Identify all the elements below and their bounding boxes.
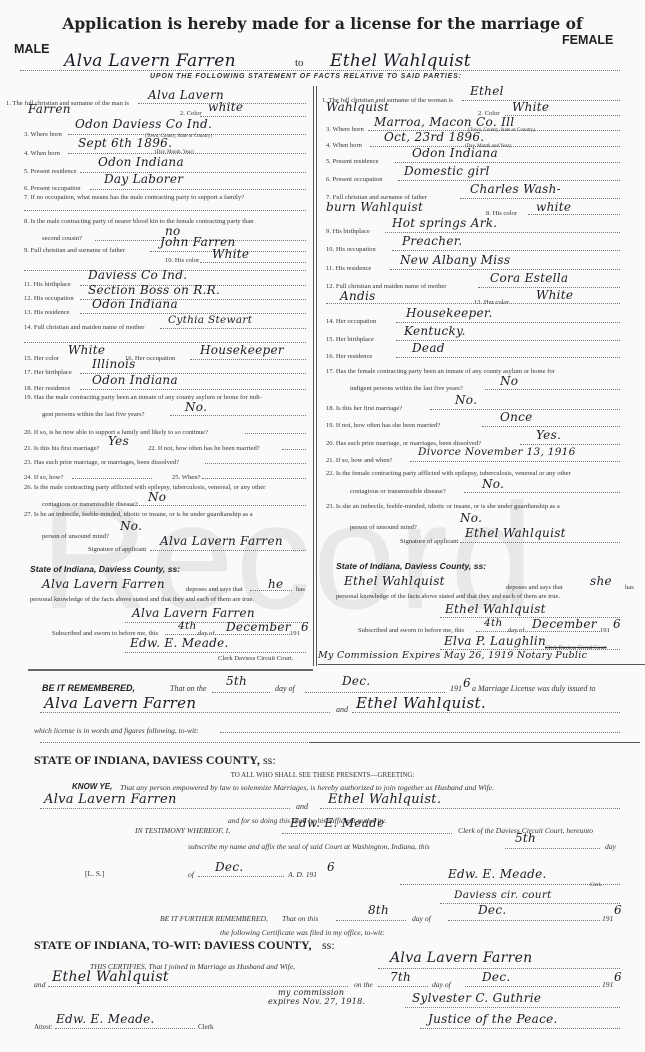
license-know-text: That any person empowered by law to sole… — [120, 783, 494, 792]
female-q7-value: Charles Wash- — [470, 182, 561, 196]
testimony-year-suffix: 6 — [327, 860, 335, 874]
male-q2-label: 2. Color — [180, 110, 202, 117]
further-month: Dec. — [478, 903, 506, 917]
male-q17-value: Illinois — [92, 357, 136, 371]
female-q22-label-b: contagious or transmissible disease? — [350, 488, 446, 495]
male-affidavit-line2: personal knowledge of the facts above st… — [30, 596, 254, 603]
male-official-title: Clerk Daviess Circuit Court. — [218, 655, 293, 662]
female-q20-value: Yes. — [536, 428, 561, 442]
certificate-on-the: on the — [354, 980, 373, 989]
record-text1: That on the — [170, 684, 206, 693]
female-q7-value-b: burn Wahlquist — [326, 200, 423, 214]
female-q14-label: 14. Her occupation — [326, 318, 376, 325]
male-official-signature: Edw. E. Meade. — [130, 636, 229, 650]
female-q1-value: Ethel — [470, 84, 504, 98]
testimony-of: of — [188, 870, 194, 879]
female-affidavit-pronoun: she — [590, 574, 612, 588]
female-q17-value: No — [500, 374, 518, 388]
male-q15-label: 15. Her color — [24, 355, 59, 362]
female-label: FEMALE — [562, 33, 613, 47]
female-q10-label: 10. His occupation — [326, 246, 376, 253]
column-divider — [313, 86, 317, 666]
court-signature: Daviess cir. court — [454, 889, 552, 901]
record-groom: Alva Lavern Farren — [44, 694, 196, 712]
attest-signature: Edw. E. Meade. — [56, 1012, 155, 1026]
male-q26-value: No — [148, 490, 166, 504]
male-q6-label: 6. Present occupation — [24, 185, 81, 192]
male-q14-value: Cythia Stewart — [168, 314, 252, 326]
female-q10-value: Preacher. — [402, 234, 463, 248]
attest-clerk-label: Clerk — [198, 1023, 214, 1031]
certificate-and: and — [34, 980, 45, 989]
female-q1-value-b: Wahlquist — [326, 100, 389, 114]
male-affidavit-deponent: Alva Lavern Farren — [42, 577, 165, 591]
license-state-line: STATE OF INDIANA, DAVIESS COUNTY, — [34, 753, 260, 768]
testimony-day-word: day — [605, 842, 616, 851]
further-text2: the following Certificate was filed in m… — [220, 928, 385, 937]
testimony-text2: subscribe my name and affix the seal of … — [188, 842, 430, 851]
further-lead: BE IT FURTHER REMEMBERED, — [160, 914, 268, 923]
clerk-signature: Edw. E. Meade. — [448, 867, 547, 881]
clerk-label: Clerk. — [590, 883, 602, 888]
male-q21-label: 21. Is this his first marriage? — [24, 445, 99, 452]
names-male: Alva Lavern Farren — [64, 51, 236, 71]
license-groom: Alva Lavern Farren — [44, 792, 177, 807]
female-q9-label: 9. His birthplace — [326, 228, 370, 235]
female-q22-label: 22. Is the female contracting party affl… — [326, 470, 571, 477]
commission-line-b: expires Nov. 27, 1918. — [268, 997, 365, 1006]
female-q14-value: Housekeeper. — [406, 306, 493, 320]
female-q3-label: 3. Where born — [326, 126, 364, 133]
names-female: Ethel Wahlquist — [330, 51, 471, 71]
record-and: and — [336, 705, 348, 714]
further-dayof: day of — [412, 914, 431, 923]
male-q21-value: Yes — [108, 434, 129, 448]
male-sworn-year-suffix: 6 — [301, 620, 309, 634]
record-bride: Ethel Wahlquist. — [356, 694, 486, 712]
female-q15-label: 15. Her birthplace — [326, 336, 374, 343]
female-official-signature: Elva P. Laughlin — [444, 634, 546, 648]
female-q18-label: 18. Is this her first marriage? — [326, 405, 402, 412]
record-text2: a Marriage License was duly issued to — [472, 684, 596, 693]
male-q26-label-b: contagious or transmissible disease? — [42, 501, 138, 508]
certificate-ss: ss: — [322, 938, 335, 953]
female-affidavit-deponent: Ethel Wahlquist — [344, 574, 445, 588]
further-day: 8th — [368, 903, 389, 917]
female-q23-value: No. — [460, 511, 482, 525]
female-signature-label: Signature of applicant — [400, 538, 458, 545]
female-q23-label-b: person of unsound mind? — [350, 524, 417, 531]
male-q25-label: 25. When? — [172, 474, 200, 481]
female-q21-label: 21. If so, how and when? — [326, 457, 392, 464]
male-q9-label: 9. Full christian and surname of father — [24, 247, 125, 254]
female-q13-value: White — [536, 288, 573, 302]
license-and: and — [296, 802, 308, 811]
male-q22-label: 22. If not, how often has he been marrie… — [148, 445, 260, 452]
male-q13-label: 13. His residence — [24, 309, 70, 316]
female-q4-value: Oct, 23rd 1896. — [384, 130, 484, 144]
female-q18-value: No. — [455, 393, 477, 407]
license-know-ye: KNOW YE, — [72, 782, 112, 791]
female-affidavit-line2: personal knowledge of the facts above st… — [336, 593, 560, 600]
male-q16-value: Housekeeper — [200, 343, 284, 357]
male-q18-label: 18. Her residence — [24, 385, 70, 392]
certificate-year: 191 — [602, 980, 613, 989]
female-q8-value: white — [536, 200, 571, 214]
female-q5-label: 5. Present residence — [326, 158, 379, 165]
female-sworn-text: Subscribed and sworn to before me, this — [358, 627, 464, 634]
female-q11-value: New Albany Miss — [400, 253, 510, 267]
testimony-month: Dec. — [215, 860, 243, 874]
certificate-day: 7th — [390, 970, 411, 984]
record-year-suffix: 6 — [463, 676, 471, 690]
female-q6-label: 6. Present occupation — [326, 176, 383, 183]
female-q2-value: White — [512, 100, 549, 114]
male-q5-label: 5. Present residence — [24, 168, 77, 175]
female-q3-value: Marroa, Macon Co. Ill — [374, 115, 514, 129]
male-q8-label: 8. Is the male contracting party of near… — [24, 218, 254, 225]
male-q5-value: Odon Indiana — [98, 155, 184, 169]
male-q27-label: 27. Is he an imbecile, feeble-minded, id… — [24, 511, 253, 518]
male-q19-label: 19. Has the male contracting party been … — [24, 394, 262, 401]
male-affidavit-has: has — [296, 586, 305, 593]
female-q19-value: Once — [500, 410, 533, 424]
male-q17-label: 17. Her birthplace — [24, 369, 72, 376]
male-q15-value: White — [68, 343, 105, 357]
female-q12-value: Cora Estella — [490, 271, 568, 285]
male-q11-label: 11. His birthplace — [24, 281, 71, 288]
female-q15-value: Kentucky. — [404, 324, 466, 338]
male-q19-label-b: gent persons within the last five years? — [42, 411, 145, 418]
male-q27-value: No. — [120, 519, 142, 533]
further-text: That on this — [282, 914, 318, 923]
male-affidavit-deposes: deposes and says that — [186, 586, 243, 593]
names-connector: to — [295, 57, 304, 69]
female-commission-note: My Commission Expires May 26, 1919 Notar… — [318, 650, 587, 661]
officiant-signature: Sylvester C. Guthrie — [412, 991, 541, 1005]
marriage-license-document: Record Application is hereby made for a … — [0, 0, 645, 1052]
female-affidavit-state: State of Indiana, Daviess County, ss: — [336, 561, 486, 571]
female-q23-label: 23. Is she an imbecile, feeble-minded, i… — [326, 503, 560, 510]
male-q26-label: 26. Is the male contracting party afflic… — [24, 484, 265, 491]
male-signature-label: Signature of applicant — [88, 546, 146, 553]
male-q10-value: White — [212, 247, 249, 261]
document-title: Application is hereby made for a license… — [0, 14, 645, 33]
officiant-title: Justice of the Peace. — [428, 1012, 558, 1026]
male-q4-value: Sept 6th 1896. — [78, 136, 172, 150]
record-month: Dec. — [342, 674, 370, 688]
male-q12-label: 12. His occupation — [24, 295, 74, 302]
male-sworn-year: 191 — [290, 630, 300, 637]
male-q6-value: Day Laborer — [104, 172, 183, 186]
certificate-groom: Alva Lavern Farren — [390, 950, 533, 966]
female-sworn-year: 191 — [600, 627, 610, 634]
female-q4-label: 4. When born — [326, 142, 362, 149]
male-q19-value: No. — [185, 400, 207, 414]
certificate-bride: Ethel Wahlquist — [52, 969, 169, 985]
male-signature: Alva Lavern Farren — [160, 534, 283, 548]
testimony-ad: A. D. 191 — [288, 870, 317, 879]
male-q1-value-b: Farren — [28, 102, 71, 116]
record-lead: BE IT REMEMBERED, — [42, 683, 135, 693]
testimony-day: 5th — [515, 831, 536, 845]
testimony-lead: IN TESTIMONY WHEREOF, I, — [135, 826, 230, 835]
section-divider — [28, 669, 313, 671]
license-greeting: TO ALL WHO SHALL SEE THESE PRESENTS—GREE… — [0, 771, 645, 779]
subtitle: UPON THE FOLLOWING STATEMENT OF FACTS RE… — [150, 73, 462, 80]
male-q8-label-b: second cousin? — [42, 235, 82, 242]
seal-label: [L. S.] — [85, 869, 104, 878]
male-label: MALE — [14, 42, 49, 56]
license-bride: Ethel Wahlquist. — [328, 792, 441, 807]
female-q9-value: Hot springs Ark. — [392, 216, 497, 230]
license-ss: ss: — [263, 753, 276, 768]
male-q12-value: Section Boss on R.R. — [88, 283, 220, 297]
male-q3-value: Odon Daviess Co Ind. — [75, 117, 212, 131]
male-q13-value: Odon Indiana — [92, 297, 178, 311]
certificate-month: Dec. — [482, 970, 510, 984]
testimony-clerk-name: Edw. E. Meade — [290, 816, 385, 830]
female-q22-value: No. — [482, 477, 504, 491]
female-q12-value-b: Andis — [340, 289, 376, 303]
male-q7-label: 7. If no occupation, what means has the … — [24, 194, 244, 201]
female-affidavit-signature: Ethel Wahlquist — [445, 602, 546, 616]
male-q14-label: 14. Full christian and maiden name of mo… — [24, 324, 145, 331]
record-day: 5th — [226, 674, 247, 688]
commission-line-a: my commission — [278, 988, 344, 997]
female-sworn-day: 4th — [484, 617, 503, 629]
female-affidavit-deposes: deposes and says that — [506, 584, 563, 591]
male-q23-label: 23. Has such prior marriage, or marriage… — [24, 459, 179, 466]
attest-label: Attest: — [34, 1023, 53, 1031]
female-q16-value: Dead — [412, 341, 445, 355]
female-sworn-month: December — [532, 617, 597, 631]
record-dayof: day of — [275, 684, 295, 693]
certificate-state-line: STATE OF INDIANA, TO-WIT: DAVIESS COUNTY… — [34, 938, 312, 953]
male-q3-label: 3. Where born — [24, 131, 62, 138]
male-affidavit-signature: Alva Lavern Farren — [132, 606, 255, 620]
male-sworn-day: 4th — [178, 620, 197, 632]
female-signature: Ethel Wahlquist — [465, 526, 566, 540]
male-affidavit-state: State of Indiana, Daviess County, ss: — [30, 564, 180, 574]
male-q11-value: Daviess Co Ind. — [88, 268, 187, 282]
female-q19-label: 19. If not, how often has she been marri… — [326, 422, 440, 429]
male-affidavit-pronoun: he — [268, 577, 283, 591]
certificate-dayof: day of — [432, 980, 451, 989]
male-q24-label: 24. If so, how? — [24, 474, 63, 481]
female-q5-value: Odon Indiana — [412, 146, 498, 160]
male-q2-value: white — [208, 100, 243, 114]
male-q18-value: Odon Indiana — [92, 373, 178, 387]
record-text3: which license is in words and figures fo… — [34, 726, 199, 735]
further-year-suffix: 6 — [614, 903, 622, 917]
certificate-year-suffix: 6 — [614, 970, 622, 984]
female-q11-label: 11. His residence — [326, 265, 371, 272]
female-q17-label-b: indigent persons within the last five ye… — [350, 385, 463, 392]
male-q27-label-b: person of unsound mind? — [42, 533, 109, 540]
record-year: 191 — [450, 684, 462, 693]
further-year: 191 — [602, 914, 613, 923]
female-q16-label: 16. Her residence — [326, 353, 372, 360]
male-q4-label: 4. When born — [24, 150, 60, 157]
female-affidavit-has: has — [625, 584, 634, 591]
male-q10-label: 10. His color — [165, 257, 199, 264]
female-q21-value: Divorce November 13, 1916 — [418, 446, 576, 458]
female-q17-label: 17. Has the female contracting party bee… — [326, 368, 555, 375]
male-sworn-month: December — [226, 620, 291, 634]
female-q6-value: Domestic girl — [404, 164, 490, 178]
female-sworn-year-suffix: 6 — [613, 617, 621, 631]
